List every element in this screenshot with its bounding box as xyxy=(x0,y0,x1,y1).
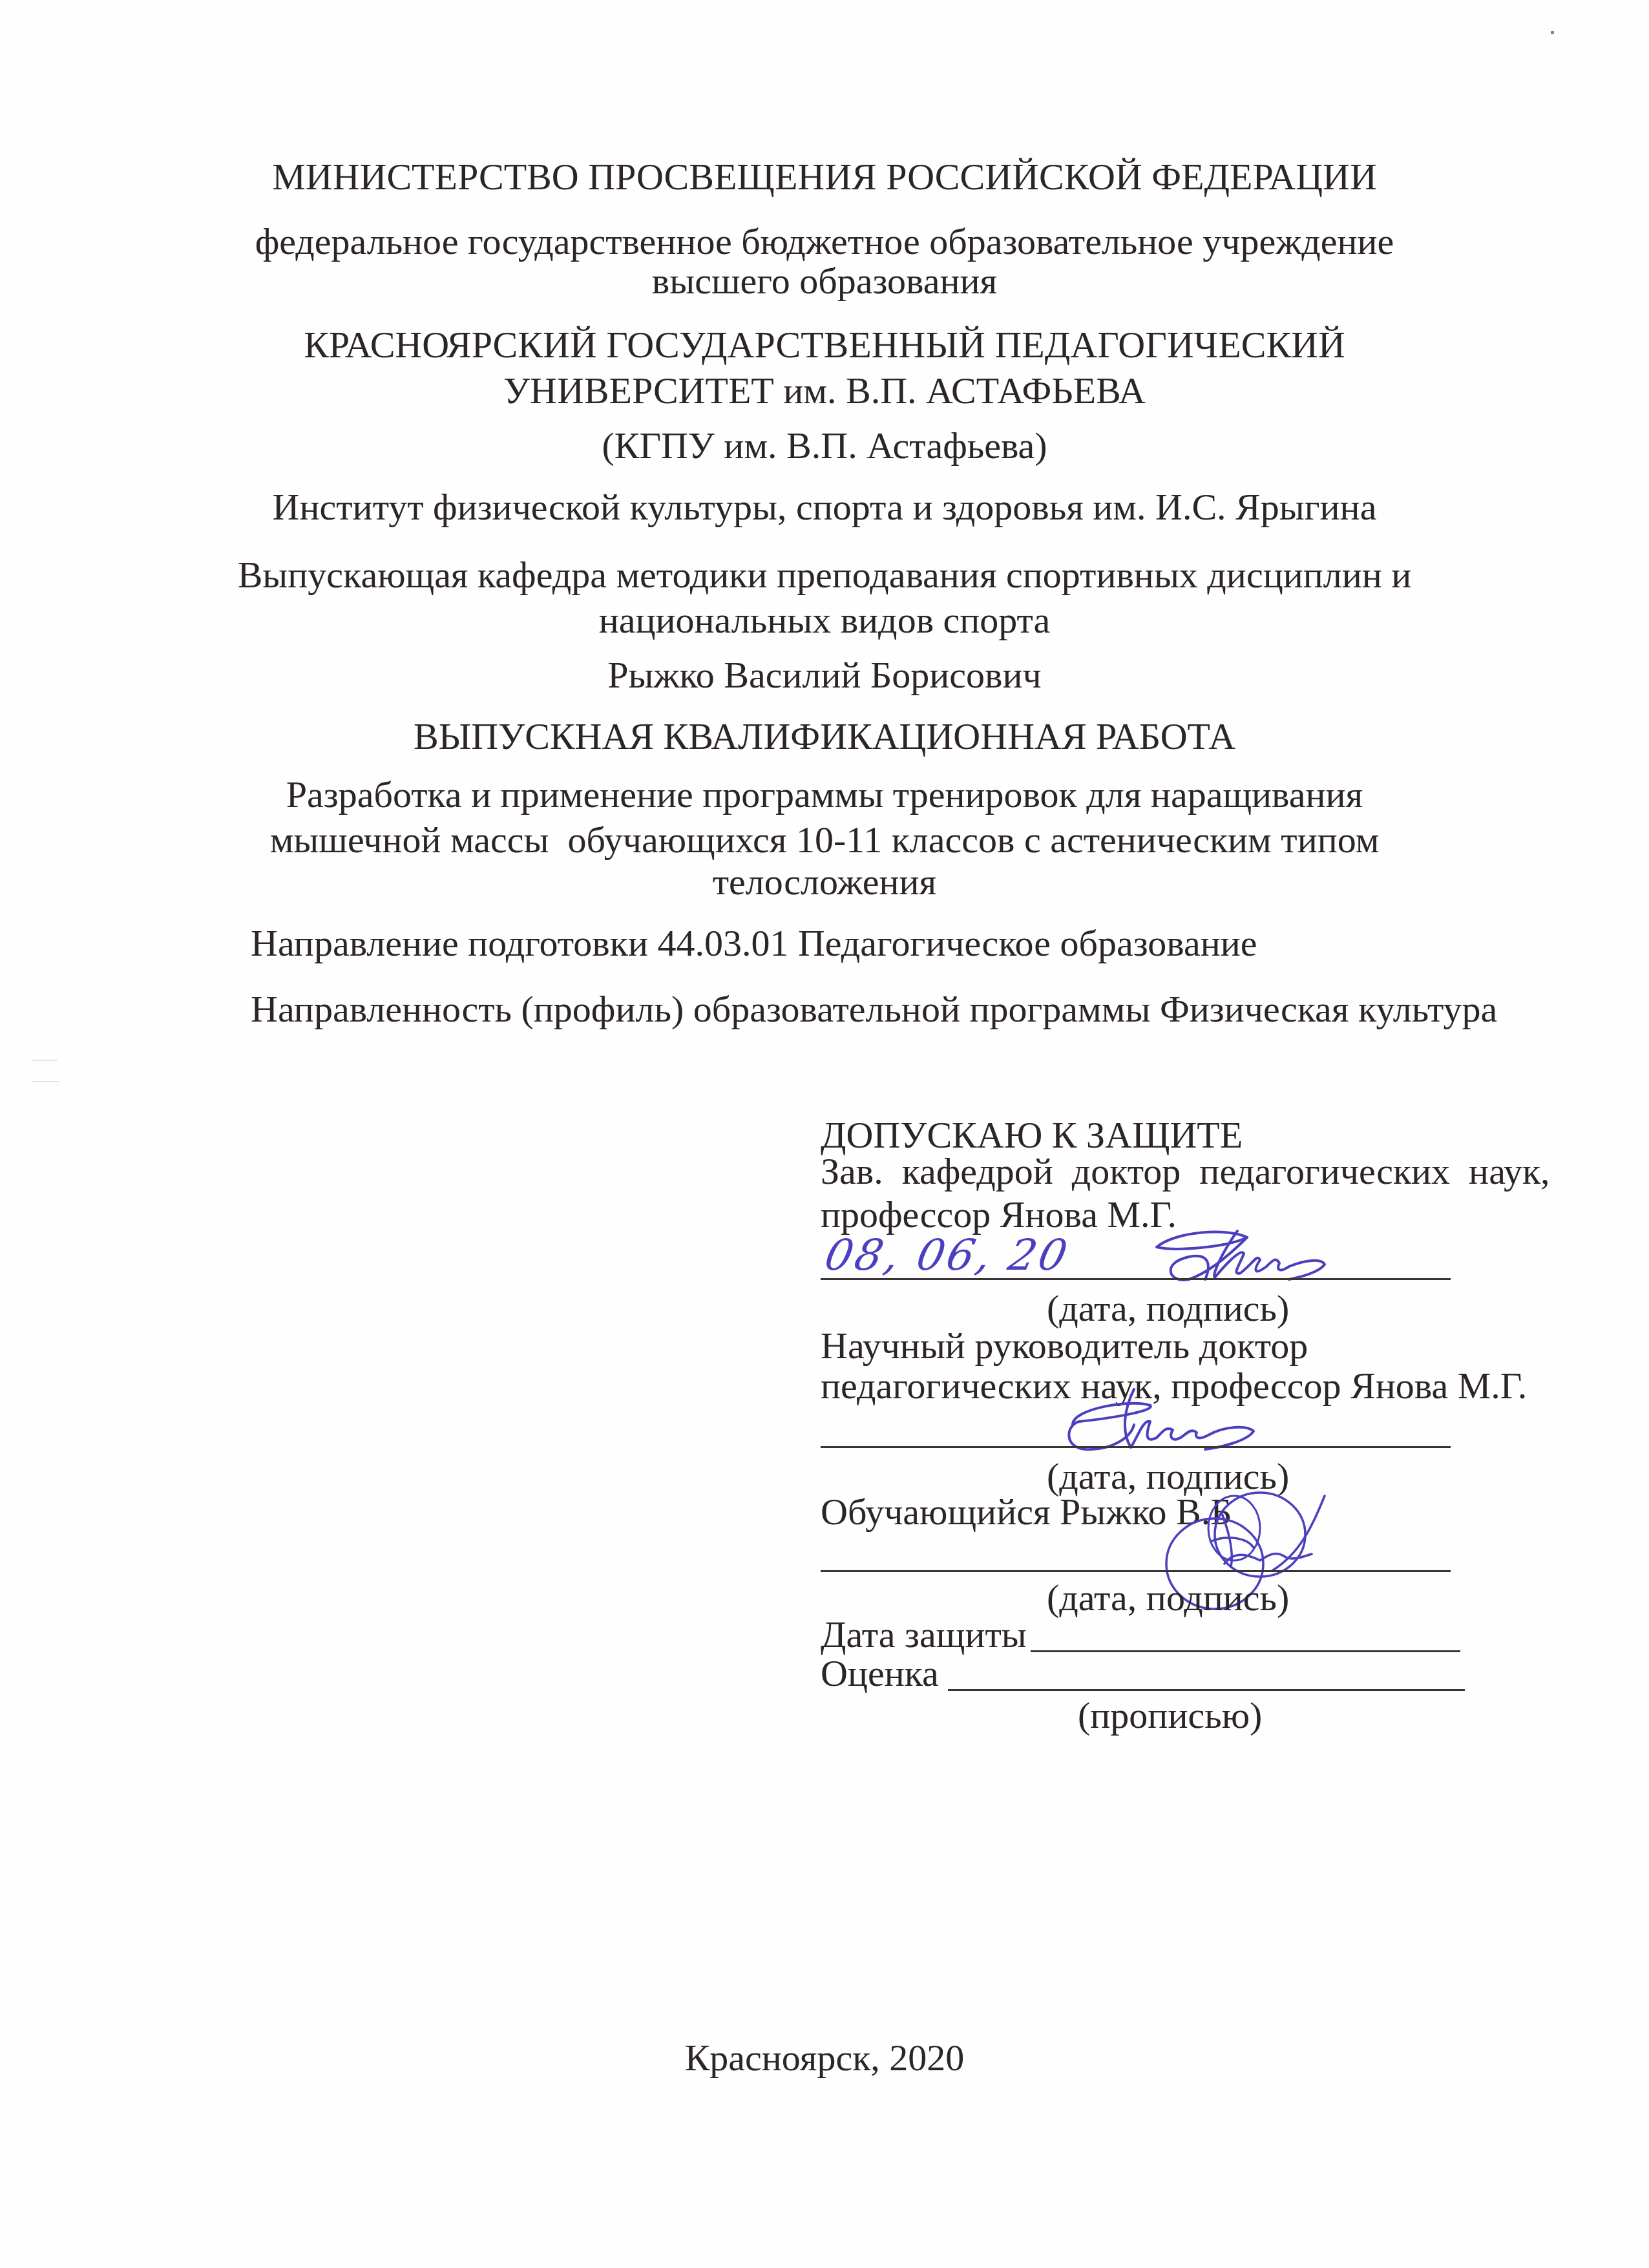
university-name-line-1: КРАСНОЯРСКИЙ ГОСУДАРСТВЕННЫЙ ПЕДАГОГИЧЕС… xyxy=(0,326,1649,364)
scan-artifact xyxy=(32,1081,59,1082)
date-signature-caption-1: (дата, подпись) xyxy=(1047,1290,1289,1327)
department-line-2: национальных видов спорта xyxy=(0,602,1649,639)
signature-line-student xyxy=(821,1570,1451,1572)
thesis-title-line-1: Разработка и применение программы тренир… xyxy=(0,776,1649,814)
head-of-department-line-1: Зав. кафедрой доктор педагогических наук… xyxy=(821,1153,1550,1190)
handwritten-date: 08, 06, 20 xyxy=(821,1234,1073,1277)
scan-artifact xyxy=(32,1060,57,1061)
head-of-department-line-2: профессор Янова М.Г. xyxy=(821,1196,1177,1234)
university-abbreviation: (КГПУ им. В.П. Астафьева) xyxy=(0,427,1649,465)
signature-line-head xyxy=(821,1278,1451,1280)
thesis-title-line-2: мышечной массы обучающихся 10-11 классов… xyxy=(0,821,1649,859)
grade-caption: (прописью) xyxy=(1078,1697,1262,1734)
institute-name: Институт физической культуры, спорта и з… xyxy=(0,488,1649,526)
date-signature-caption-3: (дата, подпись) xyxy=(1047,1579,1289,1617)
grade-field xyxy=(948,1689,1465,1691)
institution-type-line-2: высшего образования xyxy=(0,262,1649,300)
supervisor-line-1: Научный руководитель доктор xyxy=(821,1327,1308,1365)
defense-date-label: Дата защиты xyxy=(821,1616,1027,1654)
ministry-title: МИНИСТЕРСТВО ПРОСВЕЩЕНИЯ РОССИЙСКОЙ ФЕДЕ… xyxy=(0,158,1649,196)
city-year: Красноярск, 2020 xyxy=(0,2039,1649,2077)
title-page: МИНИСТЕРСТВО ПРОСВЕЩЕНИЯ РОССИЙСКОЙ ФЕДЕ… xyxy=(0,0,1649,2268)
university-name-line-2: УНИВЕРСИТЕТ им. В.П. АСТАФЬЕВА xyxy=(0,372,1649,410)
signature-supervisor-icon xyxy=(1060,1386,1266,1454)
study-direction: Направление подготовки 44.03.01 Педагоги… xyxy=(251,925,1257,962)
signature-line-supervisor xyxy=(821,1446,1451,1448)
thesis-title-line-3: телосложения xyxy=(0,863,1649,901)
defense-date-field xyxy=(1031,1650,1460,1652)
scan-speck xyxy=(1551,31,1554,34)
author-name: Рыжко Василий Борисович xyxy=(0,656,1649,694)
program-profile: Направленность (профиль) образовательной… xyxy=(251,991,1497,1028)
institution-type-line-1: федеральное государственное бюджетное об… xyxy=(0,223,1649,260)
grade-label: Оценка xyxy=(821,1655,939,1692)
approval-heading: ДОПУСКАЮ К ЗАЩИТЕ xyxy=(821,1117,1243,1154)
department-line-1: Выпускающая кафедра методики преподавани… xyxy=(0,556,1649,594)
work-type: ВЫПУСКНАЯ КВАЛИФИКАЦИОННАЯ РАБОТА xyxy=(0,718,1649,755)
